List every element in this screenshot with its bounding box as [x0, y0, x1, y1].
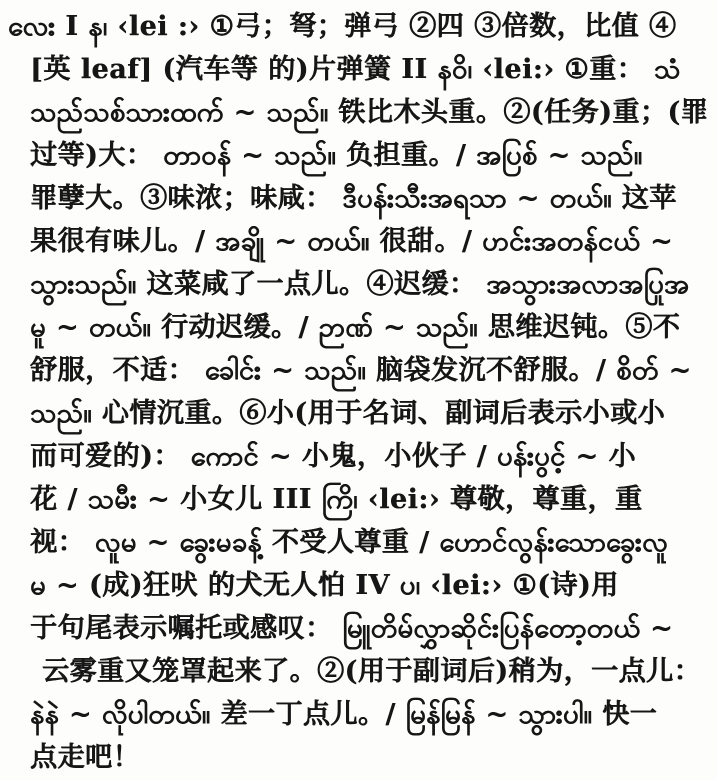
dictionary-page: လေး I န၊ ‹lei :› ①弓；弩；弹弓 ②四 ③倍数，比值 ④ [英 …	[0, 0, 717, 780]
text-line: 花 / သမီး ~ 小女儿 III ကြိ၊ ‹lei:› 尊敬，尊重，重	[30, 478, 713, 521]
text-line: 舒服，不适： ခေါင်း ~ သည်။ 脑袋发沉不舒服。/ စိတ် ~	[30, 349, 713, 392]
text-line: 果很有味儿。/ အချို ~ တယ်။ 很甜。/ ဟင်းအတန်ငယ် ~	[30, 220, 713, 263]
text-line: မ ~ (成)狂吠 的犬无人怕 IV ပ၊ ‹lei:› ①(诗)用	[30, 564, 713, 607]
text-line: 点走吧！	[30, 736, 713, 779]
text-line: [英 leaf] (汽车等 的)片弹簧 II နဝိ၊ ‹lei:› ①重： သ…	[30, 48, 713, 91]
text-line: သည်။ 心情沉重。⑥小(用于名词、副词后表示小或小	[30, 392, 713, 435]
text-line: 而可爱的)： ကောင် ~ 小鬼，小伙子 / ပန်းပွင့် ~ 小	[30, 435, 713, 478]
text-line: သွားသည်။ 这菜咸了一点儿。④迟缓： အသွားအလာအပြုအ	[30, 263, 713, 306]
text-line: မူ ~ တယ်။ 行动迟缓。/ ဉာဏ် ~ သည်။ 思维迟钝。⑤不	[30, 306, 713, 349]
text-line: 过等)大： တာဝန် ~ သည်။ 负担重。/ အပြစ် ~ သည်။	[30, 134, 713, 177]
text-line: 罪孽大。③味浓；味咸： ဒီပန်းသီးအရသာ ~ တယ်။ 这苹	[30, 177, 713, 220]
text-line: သည်သစ်သားထက် ~ သည်။ 铁比木头重。②(任务)重；(罪	[30, 91, 713, 134]
text-line: 视： လူမ ~ ခွေးမခန့် 不受人尊重 / ဟောင်လွန်းသော…	[30, 521, 713, 564]
text-line: နဲနဲ ~ လိုပါတယ်။ 差一丁点儿。/ မြန်မြန် ~ သွား…	[30, 693, 713, 736]
text-line: လေး I န၊ ‹lei :› ①弓；弩；弹弓 ②四 ③倍数，比值 ④	[8, 5, 713, 48]
text-line: 于句尾表示嘱托或感叹： မြူတိမ်လွှာဆိုင်းပြန်တော့တယ်…	[30, 607, 713, 650]
text-line: 云雾重又笼罩起来了。②(用于副词后)稍为，一点儿：	[42, 650, 713, 693]
